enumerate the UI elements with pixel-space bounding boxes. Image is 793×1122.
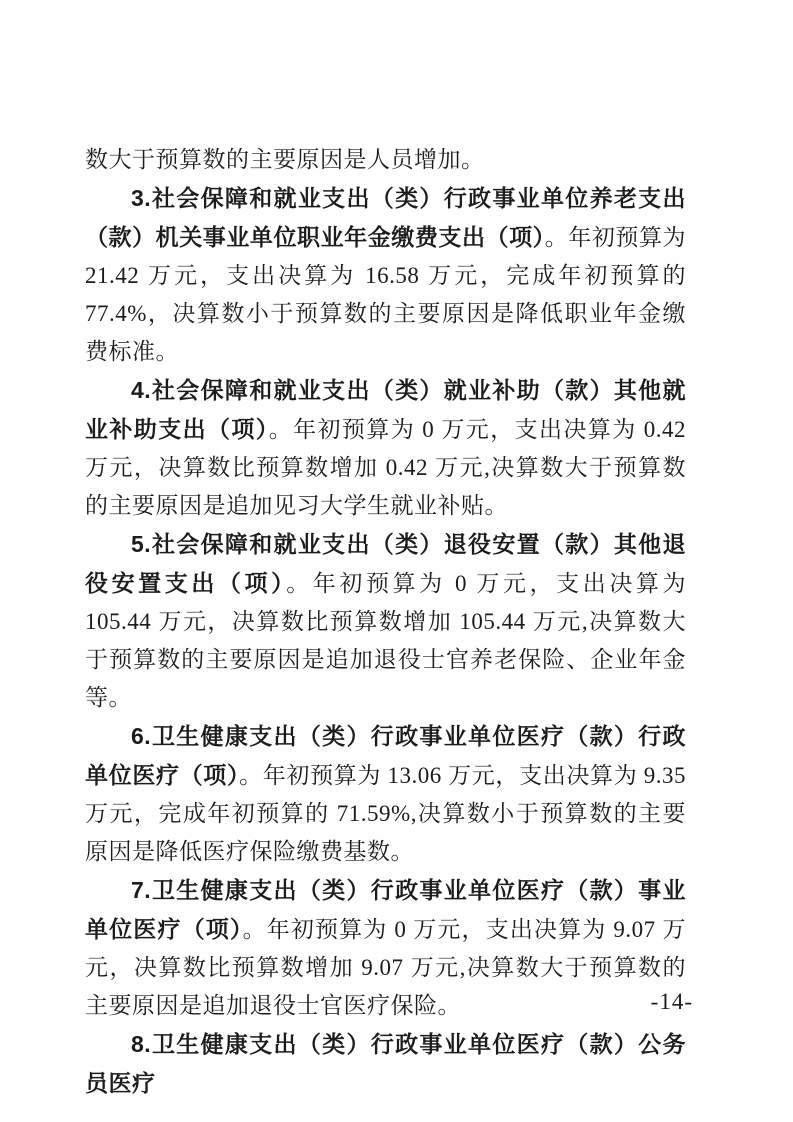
paragraph-item-5: 5.社会保障和就业支出（类）退役安置（款）其他退役安置支出（项）。年初预算为 0… — [85, 525, 686, 717]
document-page: 数大于预算数的主要原因是人员增加。 3.社会保障和就业支出（类）行政事业单位养老… — [0, 0, 793, 1122]
paragraph-item-8: 8.卫生健康支出（类）行政事业单位医疗（款）公务员医疗 — [85, 1025, 686, 1103]
page-number: -14- — [651, 988, 693, 1016]
paragraph-item-6: 6.卫生健康支出（类）行政事业单位医疗（款）行政单位医疗（项）。年初预算为 13… — [85, 717, 686, 871]
paragraph-text: 数大于预算数的主要原因是人员增加。 — [85, 147, 485, 172]
paragraph-item-4: 4.社会保障和就业支出（类）就业补助（款）其他就业补助支出（项）。年初预算为 0… — [85, 371, 686, 525]
paragraph-item-7: 7.卫生健康支出（类）行政事业单位医疗（款）事业单位医疗（项）。年初预算为 0 … — [85, 871, 686, 1025]
paragraph-continuation: 数大于预算数的主要原因是人员增加。 — [85, 140, 686, 179]
paragraph-item-3: 3.社会保障和就业支出（类）行政事业单位养老支出（款）机关事业单位职业年金缴费支… — [85, 179, 686, 371]
document-body: 数大于预算数的主要原因是人员增加。 3.社会保障和就业支出（类）行政事业单位养老… — [85, 140, 686, 1103]
paragraph-heading: 8.卫生健康支出（类）行政事业单位医疗（款）公务员医疗 — [85, 1031, 686, 1096]
